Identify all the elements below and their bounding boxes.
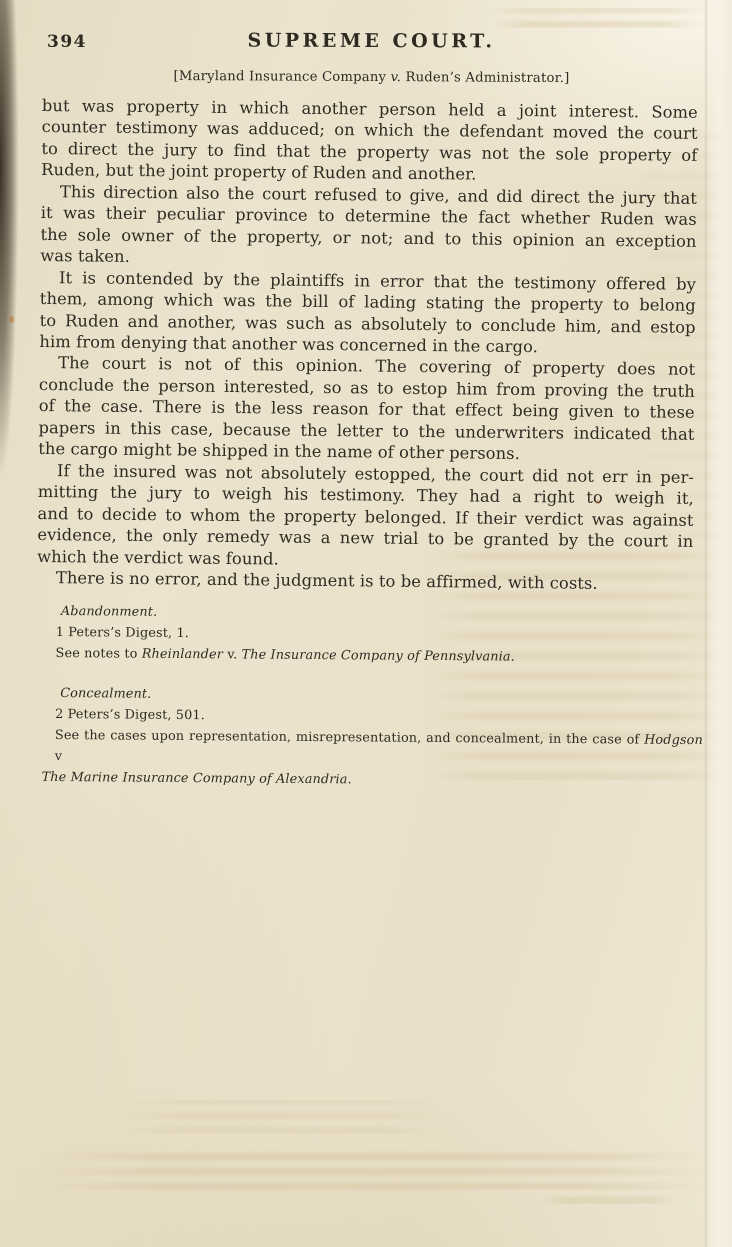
paragraph: but was property in which another person… bbox=[41, 95, 698, 188]
running-header: SUPREME COURT. bbox=[45, 29, 698, 53]
paragraph: If the insured was not absolutely estopp… bbox=[37, 460, 694, 574]
note-text-segment: The Marine Insurance Company of Alexandr… bbox=[42, 770, 348, 787]
note-see-line: The Marine Insurance Company of Alexandr… bbox=[42, 767, 703, 793]
paragraph: The court is not of this opinion. The co… bbox=[38, 352, 695, 466]
note-text-segment: v. bbox=[223, 647, 242, 662]
note-text-segment: See the cases upon representation, misre… bbox=[55, 728, 644, 748]
note-see-line: See the cases upon representation, misre… bbox=[55, 725, 703, 772]
page-header-row: 394 SUPREME COURT. bbox=[45, 30, 698, 56]
note: Concealment.2 Peters’s Digest, 501.See t… bbox=[55, 683, 704, 793]
page-content: 394 SUPREME COURT. [Maryland Insurance C… bbox=[0, 0, 732, 1247]
note-text-segment: The Insurance Company of Pennsylvania bbox=[241, 647, 510, 664]
note-text-segment: Rheinlander bbox=[142, 647, 223, 663]
caption-versus: v. bbox=[391, 70, 402, 85]
notes-section: Abandonment.1 Peters’s Digest, 1.See not… bbox=[55, 601, 704, 793]
note-text-segment: . bbox=[511, 650, 515, 665]
note-text-segment: Hodgson bbox=[644, 733, 703, 748]
note-see-line: See notes to Rheinlander v. The Insuranc… bbox=[56, 643, 704, 669]
paragraph: It is contended by the plaintiffs in err… bbox=[39, 267, 696, 360]
opinion-text: but was property in which another person… bbox=[37, 95, 698, 595]
caption-text: [Maryland Insurance Company bbox=[173, 69, 390, 85]
note: Abandonment.1 Peters’s Digest, 1.See not… bbox=[56, 601, 704, 669]
case-caption: [Maryland Insurance Company v. Ruden’s A… bbox=[45, 68, 698, 86]
note-text-segment: . bbox=[348, 772, 352, 787]
book-page: 394 SUPREME COURT. [Maryland Insurance C… bbox=[0, 0, 732, 1247]
paragraph: This direction also the court refused to… bbox=[40, 181, 697, 274]
caption-text: Ruden’s Administrator.] bbox=[401, 70, 569, 86]
note-text-segment: v bbox=[55, 749, 63, 764]
note-text-segment: See notes to bbox=[56, 646, 142, 662]
